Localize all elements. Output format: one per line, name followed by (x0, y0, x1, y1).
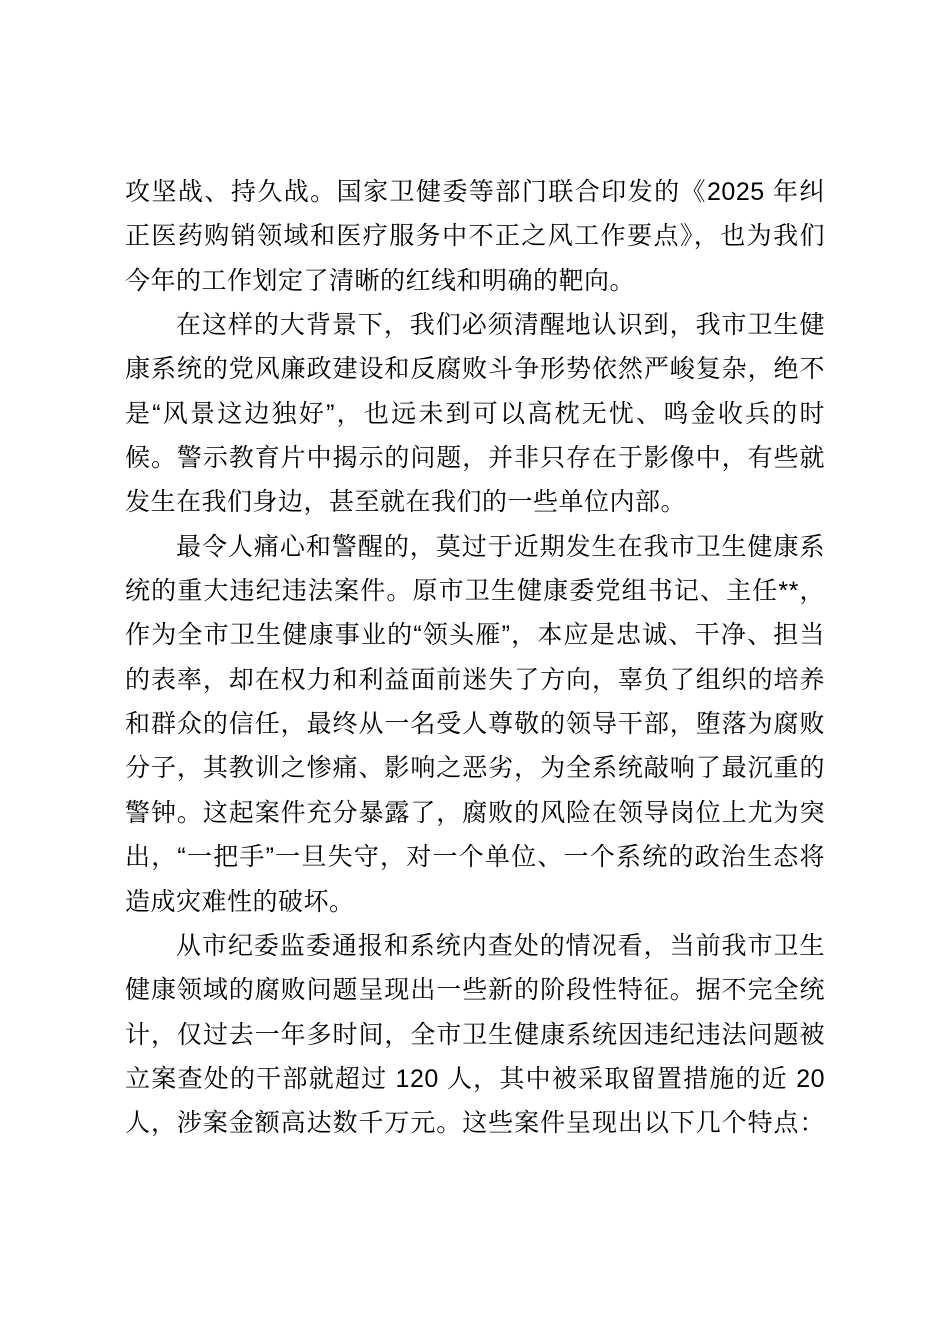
text-line: 分子，其教训之惨痛、影响之恶劣，为全系统敲响了最沉重的 (125, 746, 825, 790)
document-page: 攻坚战、持久战。国家卫健委等部门联合印发的《2025 年纠正医药购销领域和医疗服… (0, 0, 950, 1344)
text-line: 警钟。这起案件充分暴露了，腐败的风险在领导岗位上尤为突 (125, 791, 825, 835)
paragraph: 攻坚战、持久战。国家卫健委等部门联合印发的《2025 年纠正医药购销领域和医疗服… (125, 170, 825, 303)
text-line: 统的重大违纪违法案件。原市卫生健康委党组书记、主任**， (125, 569, 825, 613)
text-line: 出，“一把手”一旦失守，对一个单位、一个系统的政治生态将 (125, 835, 825, 879)
text-line: 的表率，却在权力和利益面前迷失了方向，辜负了组织的培养 (125, 658, 825, 702)
text-line: 候。警示教育片中揭示的问题，并非只存在于影像中，有些就 (125, 436, 825, 480)
text-line: 和群众的信任，最终从一名受人尊敬的领导干部，堕落为腐败 (125, 702, 825, 746)
text-line: 今年的工作划定了清晰的红线和明确的靶向。 (125, 259, 825, 303)
paragraph: 在这样的大背景下，我们必须清醒地认识到，我市卫生健康系统的党风廉政建设和反腐败斗… (125, 303, 825, 525)
text-line: 造成灾难性的破坏。 (125, 880, 825, 924)
text-line: 是“风景这边独好”，也远未到可以高枕无忧、鸣金收兵的时 (125, 392, 825, 436)
paragraph: 最令人痛心和警醒的，莫过于近期发生在我市卫生健康系统的重大违纪违法案件。原市卫生… (125, 525, 825, 924)
text-line: 发生在我们身边，甚至就在我们的一些单位内部。 (125, 480, 825, 524)
text-line: 从市纪委监委通报和系统内查处的情况看，当前我市卫生 (125, 924, 825, 968)
text-line: 在这样的大背景下，我们必须清醒地认识到，我市卫生健 (125, 303, 825, 347)
text-line: 正医药购销领域和医疗服务中不正之风工作要点》，也为我们 (125, 214, 825, 258)
text-line: 康系统的党风廉政建设和反腐败斗争形势依然严峻复杂，绝不 (125, 347, 825, 391)
document-body: 攻坚战、持久战。国家卫健委等部门联合印发的《2025 年纠正医药购销领域和医疗服… (125, 170, 825, 1146)
text-line: 作为全市卫生健康事业的“领头雁”，本应是忠诚、干净、担当 (125, 613, 825, 657)
paragraph: 从市纪委监委通报和系统内查处的情况看，当前我市卫生健康领域的腐败问题呈现出一些新… (125, 924, 825, 1146)
text-line: 人，涉案金额高达数千万元。这些案件呈现出以下几个特点： (125, 1101, 825, 1145)
text-line: 计，仅过去一年多时间，全市卫生健康系统因违纪违法问题被 (125, 1013, 825, 1057)
text-line: 立案查处的干部就超过 120 人，其中被采取留置措施的近 20 (125, 1057, 825, 1101)
text-line: 攻坚战、持久战。国家卫健委等部门联合印发的《2025 年纠 (125, 170, 825, 214)
text-line: 健康领域的腐败问题呈现出一些新的阶段性特征。据不完全统 (125, 968, 825, 1012)
text-line: 最令人痛心和警醒的，莫过于近期发生在我市卫生健康系 (125, 525, 825, 569)
